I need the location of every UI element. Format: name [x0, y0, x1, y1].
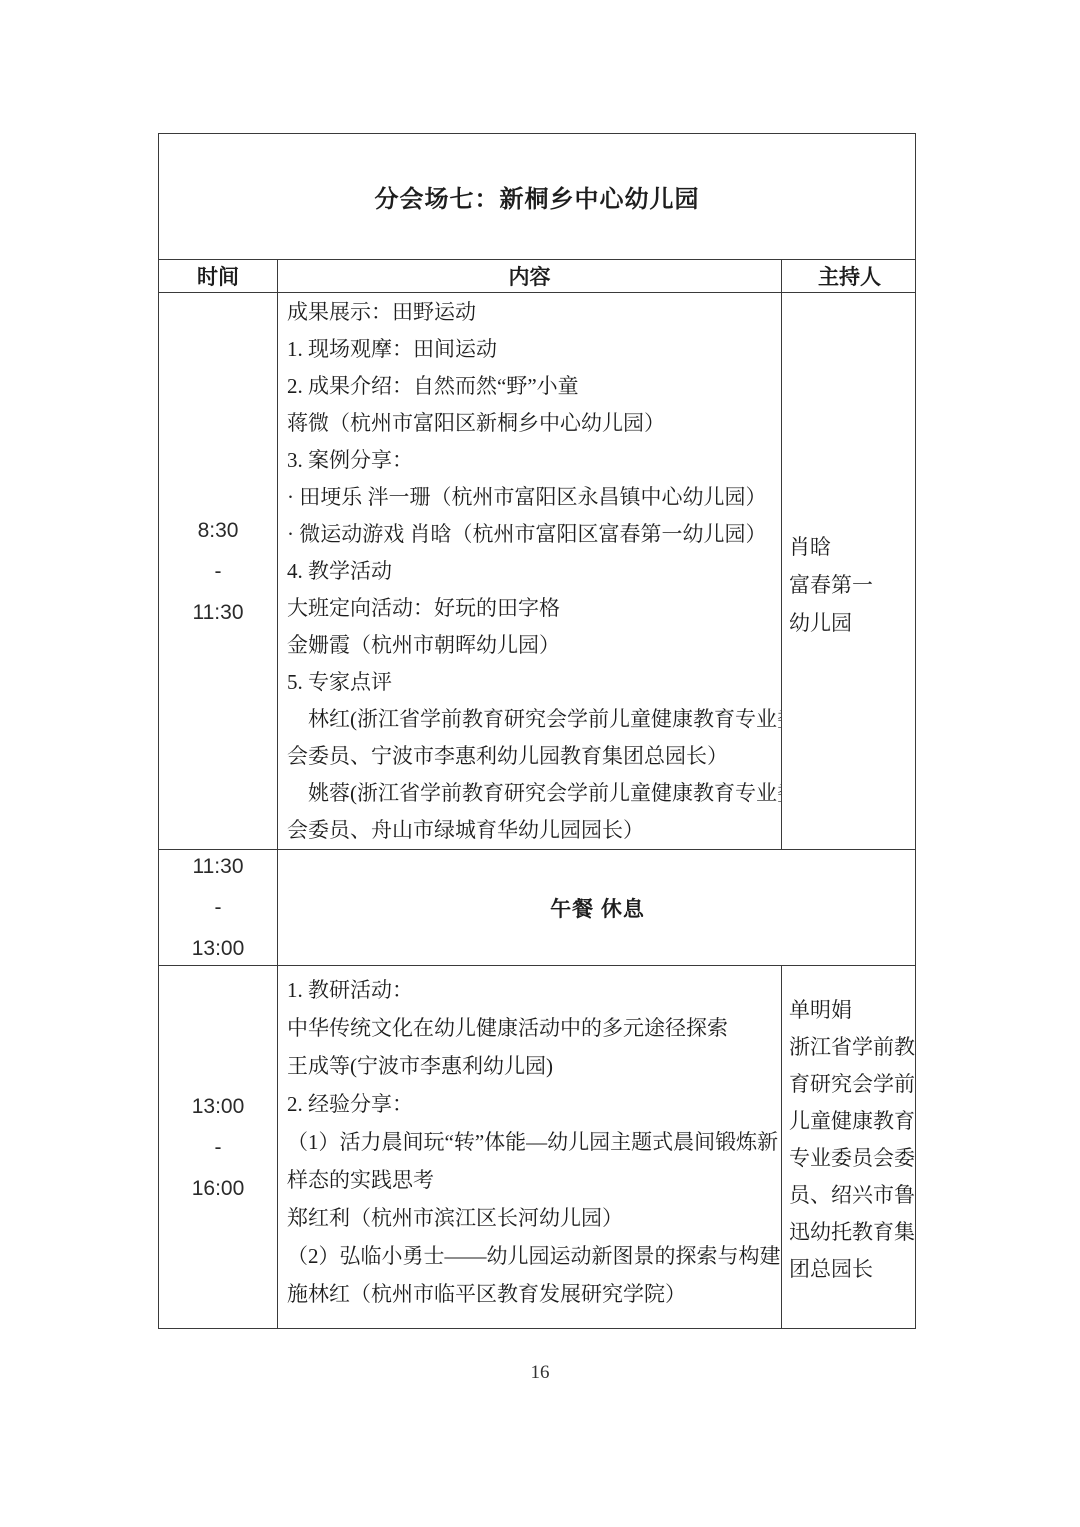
text-line: · 田埂乐 泮一珊（杭州市富阳区永昌镇中心幼儿园） — [287, 479, 773, 516]
text-line: 2. 成果介绍：自然而然“野”小童 — [287, 368, 773, 405]
text-line: 3. 案例分享： — [287, 442, 773, 479]
lunch-break-cell: 午餐 休息 — [277, 850, 915, 965]
text-line: 浙江省学前教 — [789, 1029, 910, 1066]
text-line: 13:00 — [192, 928, 245, 965]
text-line: 5. 专家点评 — [287, 664, 773, 701]
text-line: 单明娟 — [789, 992, 910, 1029]
host-cell-afternoon: 单明娟浙江省学前教育研究会学前儿童健康教育专业委员会委员、绍兴市鲁迅幼托教育集团… — [781, 966, 915, 1328]
text-line: 成果展示：田野运动 — [287, 294, 773, 331]
table-row-afternoon: 13:00-16:00 1. 教研活动：中华传统文化在幼儿健康活动中的多元途径探… — [159, 965, 915, 1328]
agenda-table: 分会场七：新桐乡中心幼儿园 时间 内容 主持人 8:30-11:30 成果展示：… — [158, 133, 916, 1329]
text-line: 郑红利（杭州市滨江区长河幼儿园） — [287, 1199, 773, 1237]
text-line: 8:30 — [198, 510, 239, 551]
text-line: 2. 经验分享： — [287, 1085, 773, 1123]
text-line: 会委员、舟山市绿城育华幼儿园园长） — [287, 812, 773, 849]
text-line: 幼儿园 — [789, 604, 910, 642]
text-line: 王成等(宁波市李惠利幼儿园) — [287, 1047, 773, 1085]
text-line: 迅幼托教育集 — [789, 1214, 910, 1251]
text-line: 样态的实践思考 — [287, 1161, 773, 1199]
text-line: 1. 教研活动： — [287, 971, 773, 1009]
content-cell-morning: 成果展示：田野运动1. 现场观摩：田间运动2. 成果介绍：自然而然“野”小童蒋微… — [277, 293, 781, 849]
text-line: （2）弘临小勇士——幼儿园运动新图景的探索与构建 — [287, 1237, 773, 1275]
table-row-lunch: 11:30-13:00 午餐 休息 — [159, 849, 915, 965]
text-line: 11:30 — [193, 850, 244, 887]
table-row-morning: 8:30-11:30 成果展示：田野运动1. 现场观摩：田间运动2. 成果介绍：… — [159, 292, 915, 849]
text-line: 专业委员会委 — [789, 1140, 910, 1177]
text-line: 施林红（杭州市临平区教育发展研究学院） — [287, 1275, 773, 1313]
text-line: 员、绍兴市鲁 — [789, 1177, 910, 1214]
text-line: 中华传统文化在幼儿健康活动中的多元途径探索 — [287, 1009, 773, 1047]
text-line: 育研究会学前 — [789, 1066, 910, 1103]
text-line: 肖晗 — [789, 528, 910, 566]
host-cell-morning: 肖晗富春第一幼儿园 — [781, 293, 915, 849]
text-line: 富春第一 — [789, 566, 910, 604]
text-line: 会委员、宁波市李惠利幼儿园教育集团总园长） — [287, 738, 773, 775]
text-line: 16:00 — [192, 1168, 245, 1209]
text-line: （1）活力晨间玩“转”体能—幼儿园主题式晨间锻炼新 — [287, 1123, 773, 1161]
text-line: 儿童健康教育 — [789, 1103, 910, 1140]
text-line: 13:00 — [192, 1086, 245, 1127]
table-title: 分会场七：新桐乡中心幼儿园 — [159, 134, 915, 259]
text-line: 姚蓉(浙江省学前教育研究会学前儿童健康教育专业委员 — [287, 775, 773, 812]
header-content: 内容 — [277, 260, 781, 292]
text-line: 4. 教学活动 — [287, 553, 773, 590]
text-line: - — [215, 551, 222, 592]
text-line: 11:30 — [193, 592, 244, 633]
text-line: 1. 现场观摩：田间运动 — [287, 331, 773, 368]
text-line: 林红(浙江省学前教育研究会学前儿童健康教育专业委员 — [287, 701, 773, 738]
header-host: 主持人 — [781, 260, 915, 292]
text-line: 团总园长 — [789, 1251, 910, 1288]
header-time: 时间 — [159, 260, 277, 292]
text-line: 金姗霞（杭州市朝晖幼儿园） — [287, 627, 773, 664]
time-cell-afternoon: 13:00-16:00 — [159, 966, 277, 1328]
text-line: - — [215, 1127, 222, 1168]
table-header-row: 时间 内容 主持人 — [159, 259, 915, 292]
document-page: 分会场七：新桐乡中心幼儿园 时间 内容 主持人 8:30-11:30 成果展示：… — [0, 0, 1080, 1527]
text-line: · 微运动游戏 肖晗（杭州市富阳区富春第一幼儿园） — [287, 516, 773, 553]
time-cell-lunch: 11:30-13:00 — [159, 850, 277, 965]
page-number: 16 — [0, 1362, 1080, 1384]
text-line: - — [215, 887, 222, 928]
content-cell-afternoon: 1. 教研活动：中华传统文化在幼儿健康活动中的多元途径探索王成等(宁波市李惠利幼… — [277, 966, 781, 1328]
text-line: 大班定向活动：好玩的田字格 — [287, 590, 773, 627]
text-line: 蒋微（杭州市富阳区新桐乡中心幼儿园） — [287, 405, 773, 442]
time-cell-morning: 8:30-11:30 — [159, 293, 277, 849]
